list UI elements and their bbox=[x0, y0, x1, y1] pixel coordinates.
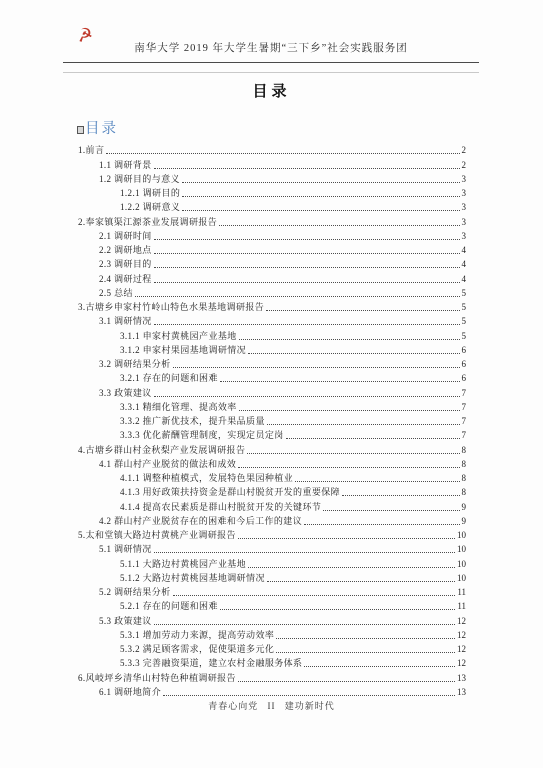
toc-leader-dots bbox=[304, 666, 455, 667]
toc-entry-page: 7 bbox=[462, 429, 467, 441]
page-footer: 青春心向党 II 建功新时代 bbox=[0, 699, 543, 712]
toc-leader-dots bbox=[266, 310, 459, 311]
toc-leader-dots bbox=[219, 225, 459, 226]
toc-entry-label: 1.2.2 调研意义 bbox=[120, 201, 180, 213]
toc-entry[interactable]: 5.3 政策建议12 bbox=[78, 612, 466, 626]
toc-entry-label: 2.1 调研时间 bbox=[99, 230, 152, 242]
toc-entry[interactable]: 5.1.2 大路边村黄桃园基地调研情况10 bbox=[78, 570, 466, 584]
toc-leader-dots bbox=[267, 424, 460, 425]
toc-entry[interactable]: 4.1.3 用好政策扶持资金是群山村脱贫开发的重要保障8 bbox=[78, 484, 466, 498]
toc-entry-page: 10 bbox=[457, 572, 466, 584]
toc-leader-dots bbox=[182, 210, 459, 211]
toc-leader-dots bbox=[173, 367, 460, 368]
toc-leader-dots bbox=[154, 552, 455, 553]
toc-leader-dots bbox=[248, 353, 459, 354]
toc-entry[interactable]: 5.太和堂镇大路边村黄桃产业调研报告10 bbox=[78, 527, 466, 541]
toc-heading: 目录 bbox=[77, 117, 118, 138]
toc-entry-label: 3.1.2 申家村果园基地调研情况 bbox=[120, 344, 246, 356]
toc-entry[interactable]: 2.4 调研过程4 bbox=[78, 270, 466, 284]
toc-entry-page: 7 bbox=[462, 401, 467, 413]
toc-entry-label: 3.1.1 申家村黄桃园产业基地 bbox=[120, 330, 237, 342]
toc-entry-label: 3.2 调研结果分析 bbox=[99, 358, 171, 370]
toc-entry-page: 10 bbox=[457, 558, 466, 570]
toc-entry[interactable]: 3.3.1 精细化管理、提高效率7 bbox=[78, 399, 466, 413]
toc-leader-dots bbox=[163, 695, 455, 696]
toc-entry-label: 3.3.1 精细化管理、提高效率 bbox=[120, 401, 237, 413]
toc-entry[interactable]: 1.2.1 调研目的3 bbox=[78, 185, 466, 199]
toc-entry[interactable]: 5.2.1 存在的问题和困难11 bbox=[78, 598, 466, 612]
toc-list: 1.前言21.1 调研背景21.2 调研目的与意义31.2.1 调研目的31.2… bbox=[78, 142, 466, 698]
toc-entry-page: 3 bbox=[462, 173, 467, 185]
toc-entry[interactable]: 2.3 调研目的4 bbox=[78, 256, 466, 270]
toc-entry-page: 12 bbox=[457, 615, 466, 627]
toc-entry[interactable]: 4.2 群山村产业脱贫存在的困难和今后工作的建议9 bbox=[78, 513, 466, 527]
toc-entry-page: 3 bbox=[462, 187, 467, 199]
toc-entry-page: 5 bbox=[462, 287, 467, 299]
toc-leader-dots bbox=[182, 182, 460, 183]
toc-leader-dots bbox=[154, 239, 460, 240]
toc-entry-page: 13 bbox=[457, 672, 466, 684]
toc-entry-page: 4 bbox=[462, 273, 467, 285]
toc-entry-label: 3.3 政策建议 bbox=[99, 387, 152, 399]
toc-entry[interactable]: 5.3.2 满足顾客需求，促使渠道多元化12 bbox=[78, 641, 466, 655]
toc-leader-dots bbox=[135, 296, 460, 297]
toc-entry-page: 9 bbox=[462, 501, 467, 513]
toc-entry-page: 11 bbox=[457, 586, 466, 598]
toc-entry-page: 6 bbox=[462, 358, 467, 370]
toc-entry-page: 6 bbox=[462, 372, 467, 384]
toc-entry-label: 2.4 调研过程 bbox=[99, 273, 152, 285]
toc-entry-label: 3.1 调研情况 bbox=[99, 315, 152, 327]
toc-entry-page: 8 bbox=[462, 472, 467, 484]
toc-entry-page: 8 bbox=[462, 458, 467, 470]
toc-entry-label: 4.1 群山村产业脱贫的做法和成效 bbox=[99, 458, 236, 470]
toc-heading-label: 目录 bbox=[85, 121, 118, 137]
toc-leader-dots bbox=[220, 609, 455, 610]
toc-entry[interactable]: 3.2.1 存在的问题和困难6 bbox=[78, 370, 466, 384]
toc-entry[interactable]: 5.1.1 大路边村黄桃园产业基地10 bbox=[78, 555, 466, 569]
toc-leader-dots bbox=[154, 282, 460, 283]
toc-entry[interactable]: 3.古塘乡申家村竹岭山特色水果基地调研报告5 bbox=[78, 299, 466, 313]
toc-leader-dots bbox=[239, 339, 460, 340]
toc-entry-page: 9 bbox=[462, 515, 467, 527]
toc-entry[interactable]: 2.奉家镇渠江源茶业发展调研报告3 bbox=[78, 213, 466, 227]
toc-entry[interactable]: 1.1 调研背景2 bbox=[78, 156, 466, 170]
toc-entry-page: 7 bbox=[462, 415, 467, 427]
footer-slogan-right: 建功新时代 bbox=[285, 701, 335, 711]
document-page: ☭ 南华大学 2019 年大学生暑期“三下乡”社会实践服务团 目录 目录 1.前… bbox=[0, 0, 543, 768]
toc-leader-dots bbox=[220, 381, 460, 382]
toc-entry[interactable]: 3.3.3 优化薪酬管理制度，实现定员定岗7 bbox=[78, 427, 466, 441]
toc-entry[interactable]: 6.风岐坪乡清华山村特色种植调研报告13 bbox=[78, 669, 466, 683]
toc-entry-page: 5 bbox=[462, 301, 467, 313]
toc-entry-label: 5.1.2 大路边村黄桃园基地调研情况 bbox=[120, 572, 265, 584]
toc-entry[interactable]: 5.3.3 完善融资渠道，建立农村金融服务体系12 bbox=[78, 655, 466, 669]
toc-leader-dots bbox=[154, 396, 460, 397]
toc-leader-dots bbox=[267, 581, 455, 582]
toc-entry-page: 2 bbox=[462, 159, 467, 171]
toc-leader-dots bbox=[323, 510, 459, 511]
footer-page-number: II bbox=[268, 701, 276, 711]
page-header: ☭ 南华大学 2019 年大学生暑期“三下乡”社会实践服务团 bbox=[63, 26, 479, 63]
toc-entry-label: 1.前言 bbox=[78, 144, 104, 156]
toc-entry[interactable]: 1.2.2 调研意义3 bbox=[78, 199, 466, 213]
toc-entry[interactable]: 2.2 调研地点4 bbox=[78, 242, 466, 256]
toc-entry[interactable]: 2.1 调研时间3 bbox=[78, 228, 466, 242]
toc-entry-label: 4.古塘乡群山村金秋梨产业发展调研报告 bbox=[78, 444, 245, 456]
toc-entry-page: 5 bbox=[462, 315, 467, 327]
toc-leader-dots bbox=[239, 410, 460, 411]
toc-entry[interactable]: 1.前言2 bbox=[78, 142, 466, 156]
toc-entry-label: 1.1 调研背景 bbox=[99, 159, 152, 171]
toc-entry-label: 5.3 政策建议 bbox=[99, 615, 152, 627]
toc-entry-label: 6.1 调研地简介 bbox=[99, 686, 161, 698]
toc-entry[interactable]: 5.1 调研情况10 bbox=[78, 541, 466, 555]
toc-entry-page: 10 bbox=[457, 543, 466, 555]
toc-entry[interactable]: 2.5 总结5 bbox=[78, 285, 466, 299]
toc-leader-dots bbox=[238, 538, 455, 539]
toc-entry-label: 1.2 调研目的与意义 bbox=[99, 173, 180, 185]
toc-leader-dots bbox=[106, 153, 459, 154]
toc-entry-label: 5.太和堂镇大路边村黄桃产业调研报告 bbox=[78, 529, 236, 541]
toc-leader-dots bbox=[154, 168, 460, 169]
toc-entry[interactable]: 5.2 调研结果分析11 bbox=[78, 584, 466, 598]
toc-entry-label: 3.3.3 优化薪酬管理制度，实现定员定岗 bbox=[120, 429, 284, 441]
toc-entry-label: 5.1 调研情况 bbox=[99, 543, 152, 555]
toc-entry-label: 2.5 总结 bbox=[99, 287, 133, 299]
toc-leader-dots bbox=[154, 324, 460, 325]
toc-entry-page: 3 bbox=[462, 201, 467, 213]
toc-entry[interactable]: 6.1 调研地简介13 bbox=[78, 684, 466, 698]
page-title: 目录 bbox=[0, 80, 543, 101]
toc-entry-page: 3 bbox=[462, 230, 467, 242]
toc-entry-label: 3.3.2 推广新优技术，提升果品质量 bbox=[120, 415, 265, 427]
toc-leader-dots bbox=[182, 196, 459, 197]
toc-entry-page: 11 bbox=[457, 600, 466, 612]
toc-entry-label: 6.风岐坪乡清华山村特色种植调研报告 bbox=[78, 672, 236, 684]
header-divider-line bbox=[63, 72, 479, 73]
toc-entry-label: 1.2.1 调研目的 bbox=[120, 187, 180, 199]
toc-entry-page: 10 bbox=[457, 529, 466, 541]
toc-entry-label: 2.奉家镇渠江源茶业发展调研报告 bbox=[78, 216, 217, 228]
toc-entry-page: 5 bbox=[462, 330, 467, 342]
toc-entry-page: 8 bbox=[462, 444, 467, 456]
toc-entry[interactable]: 3.3 政策建议7 bbox=[78, 384, 466, 398]
toc-entry-label: 3.古塘乡申家村竹岭山特色水果基地调研报告 bbox=[78, 301, 264, 313]
toc-entry[interactable]: 3.3.2 推广新优技术，提升果品质量7 bbox=[78, 413, 466, 427]
toc-entry-page: 12 bbox=[457, 629, 466, 641]
toc-leader-dots bbox=[154, 267, 460, 268]
toc-entry-page: 4 bbox=[462, 258, 467, 270]
toc-leader-dots bbox=[248, 567, 455, 568]
toc-entry-label: 5.2.1 存在的问题和困难 bbox=[120, 600, 218, 612]
toc-entry[interactable]: 4.1.4 提高农民素质是群山村脱贫开发的关键环节9 bbox=[78, 498, 466, 512]
toc-leader-dots bbox=[173, 595, 456, 596]
toc-entry-page: 12 bbox=[457, 643, 466, 655]
toc-leader-dots bbox=[154, 624, 455, 625]
toc-entry-label: 5.3.1 增加劳动力来源，提高劳动效率 bbox=[120, 629, 274, 641]
toc-leader-dots bbox=[276, 638, 455, 639]
toc-entry-label: 3.2.1 存在的问题和困难 bbox=[120, 372, 218, 384]
toc-entry-label: 4.1.3 用好政策扶持资金是群山村脱贫开发的重要保障 bbox=[120, 486, 340, 498]
toc-leader-dots bbox=[154, 253, 460, 254]
toc-entry[interactable]: 3.1 调研情况5 bbox=[78, 313, 466, 327]
toc-entry-label: 4.2 群山村产业脱贫存在的困难和今后工作的建议 bbox=[99, 515, 302, 527]
toc-leader-dots bbox=[295, 481, 459, 482]
toc-entry-page: 8 bbox=[462, 486, 467, 498]
toc-entry-label: 2.3 调研目的 bbox=[99, 258, 152, 270]
toc-entry[interactable]: 1.2 调研目的与意义3 bbox=[78, 171, 466, 185]
toc-entry-label: 5.3.2 满足顾客需求，促使渠道多元化 bbox=[120, 643, 274, 655]
toc-entry[interactable]: 3.2 调研结果分析6 bbox=[78, 356, 466, 370]
toc-entry-label: 4.1.4 提高农民素质是群山村脱贫开发的关键环节 bbox=[120, 501, 321, 513]
toc-leader-dots bbox=[238, 467, 459, 468]
toc-leader-dots bbox=[238, 681, 455, 682]
toc-entry[interactable]: 3.1.1 申家村黄桃园产业基地5 bbox=[78, 327, 466, 341]
toc-entry-page: 13 bbox=[457, 686, 466, 698]
toc-entry-label: 4.1.1 调整种植模式，发展特色果园种植业 bbox=[120, 472, 293, 484]
toc-entry-label: 5.1.1 大路边村黄桃园产业基地 bbox=[120, 558, 246, 570]
toc-entry[interactable]: 4.1 群山村产业脱贫的做法和成效8 bbox=[78, 456, 466, 470]
toc-entry-page: 7 bbox=[462, 387, 467, 399]
toc-entry[interactable]: 4.1.1 调整种植模式，发展特色果园种植业8 bbox=[78, 470, 466, 484]
toc-leader-dots bbox=[286, 438, 460, 439]
toc-entry[interactable]: 4.古塘乡群山村金秋梨产业发展调研报告8 bbox=[78, 441, 466, 455]
toc-entry-page: 12 bbox=[457, 657, 466, 669]
toc-leader-dots bbox=[247, 453, 459, 454]
toc-entry-page: 6 bbox=[462, 344, 467, 356]
toc-leader-dots bbox=[304, 524, 459, 525]
toc-leader-dots bbox=[342, 495, 459, 496]
toc-entry-label: 5.2 调研结果分析 bbox=[99, 586, 171, 598]
toc-leader-dots bbox=[276, 652, 455, 653]
bookmark-icon bbox=[77, 126, 84, 134]
toc-entry-label: 5.3.3 完善融资渠道，建立农村金融服务体系 bbox=[120, 657, 302, 669]
toc-entry-label: 2.2 调研地点 bbox=[99, 244, 152, 256]
footer-slogan-left: 青春心向党 bbox=[208, 701, 258, 711]
header-org-title: 南华大学 2019 年大学生暑期“三下乡”社会实践服务团 bbox=[63, 40, 479, 55]
toc-entry-page: 2 bbox=[462, 144, 467, 156]
toc-entry[interactable]: 3.1.2 申家村果园基地调研情况6 bbox=[78, 342, 466, 356]
toc-entry-page: 4 bbox=[462, 244, 467, 256]
toc-entry[interactable]: 5.3.1 增加劳动力来源，提高劳动效率12 bbox=[78, 627, 466, 641]
toc-entry-page: 3 bbox=[462, 216, 467, 228]
